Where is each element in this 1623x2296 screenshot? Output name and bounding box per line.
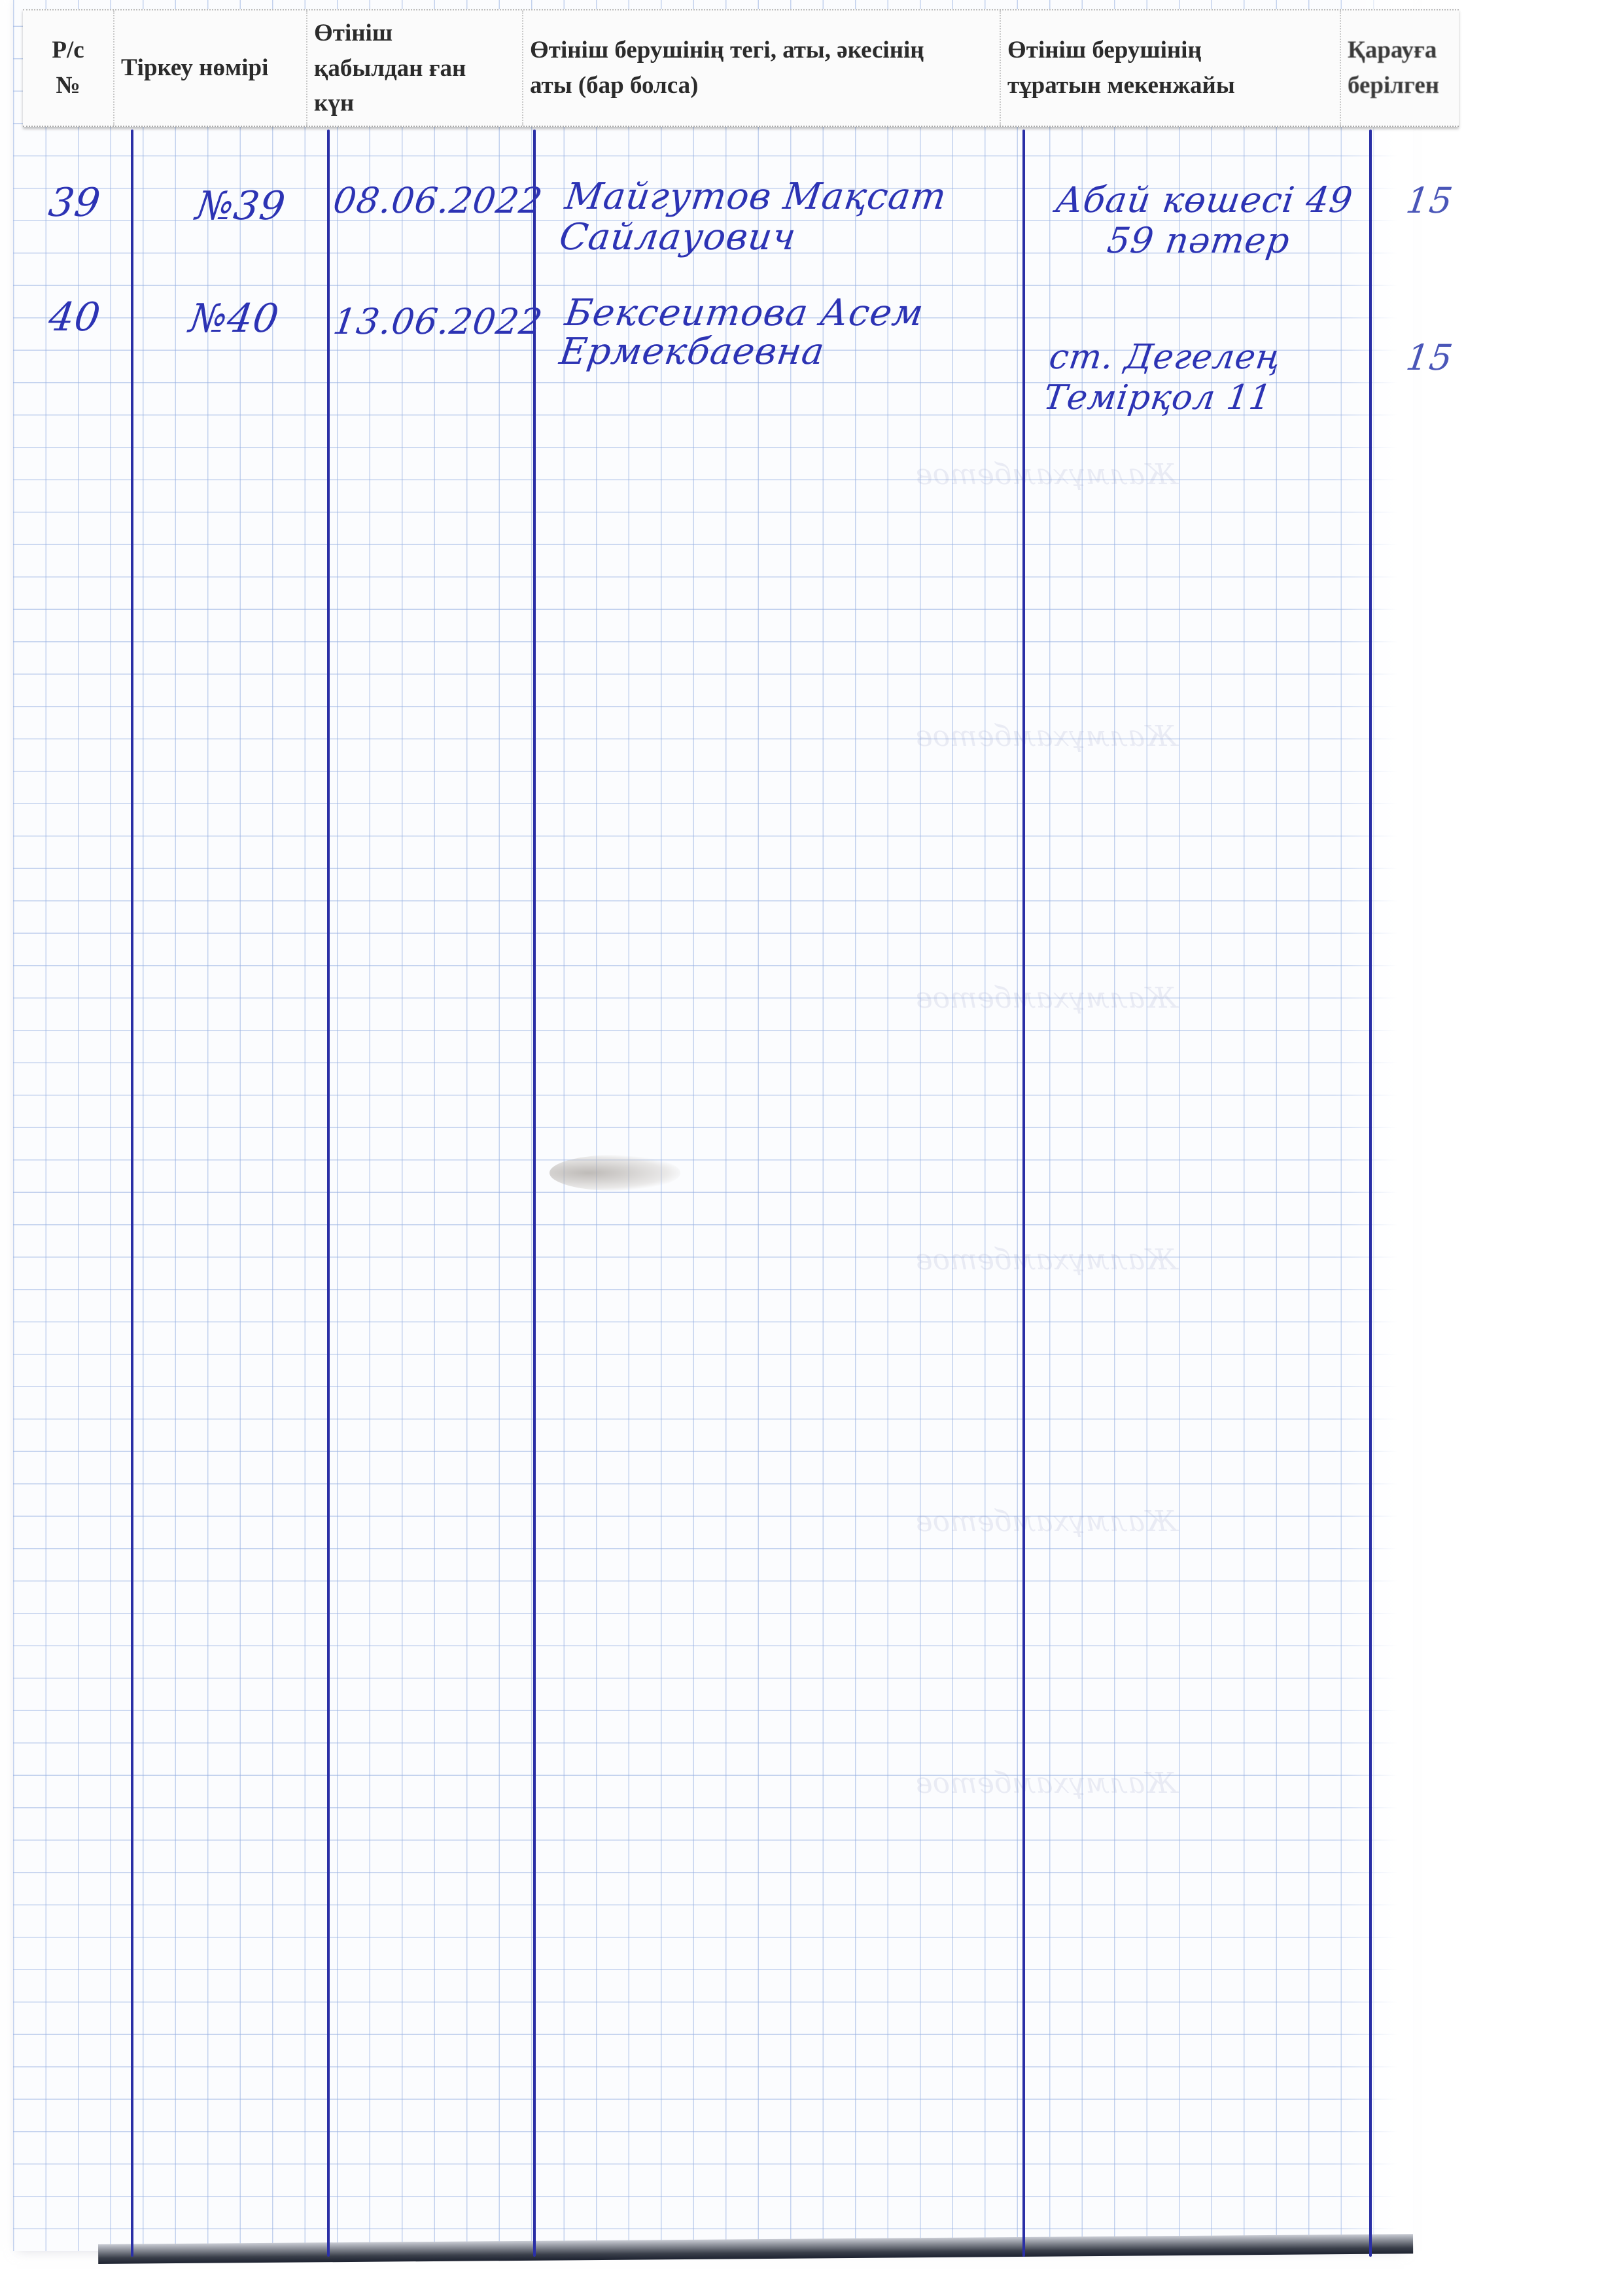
cell-issued-for-review: 15 <box>1404 337 1456 378</box>
cell-registration-no: №40 <box>186 296 282 342</box>
header-applicant-address: Өтініш берушінің тұратын мекенжайы <box>1001 10 1341 126</box>
cell-registration-no: №39 <box>193 183 288 229</box>
bleed-through-text: Жалмұхамбетов <box>916 720 1178 753</box>
bleed-through-text: Жалмұхамбетов <box>916 1243 1178 1277</box>
paper-smudge <box>550 1155 680 1191</box>
header-received-date: Өтініш қабылдан ған күн <box>307 10 523 126</box>
column-rule <box>1369 130 1372 2257</box>
bleed-through-text: Жалмұхамбетов <box>916 981 1178 1015</box>
cell-seq-no: 39 <box>46 180 103 226</box>
page-edge-fade <box>1335 0 1413 2251</box>
cell-received-date: 13.06.2022 <box>331 301 546 342</box>
cell-issued-for-review: 15 <box>1404 180 1456 221</box>
cell-applicant-name: Майгутов Мақсат Сайлауович <box>557 177 949 257</box>
bleed-through-text: Жалмұхамбетов <box>916 1505 1178 1538</box>
header-registration-no: Тіркеу нөмірі <box>114 10 307 126</box>
column-rule <box>327 130 330 2257</box>
cell-applicant-address: Абай көшесі 49 59 пәтер <box>1047 180 1355 261</box>
header-applicant-name: Өтініш берушінің тегі, аты, әкесінің аты… <box>523 10 1001 126</box>
column-rule <box>131 130 133 2257</box>
bleed-through-text: Жалмұхамбетов <box>916 458 1178 491</box>
column-rule <box>1022 130 1025 2257</box>
cell-seq-no: 40 <box>46 294 103 340</box>
cell-applicant-address: ст. Дегелең Темірқол 11 <box>1041 337 1283 419</box>
table-header: Р/с № Тіркеу нөмірі Өтініш қабылдан ған … <box>23 9 1459 127</box>
cell-received-date: 08.06.2022 <box>331 180 546 221</box>
cell-applicant-name: Бексеитова Асем Ермекбаевна <box>557 294 926 372</box>
bleed-through-text: Жалмұхамбетов <box>916 1767 1178 1800</box>
column-rule <box>533 130 536 2257</box>
header-issued-for-review: Қарауға берілген <box>1341 10 1459 126</box>
header-seq-no: Р/с № <box>23 10 114 126</box>
